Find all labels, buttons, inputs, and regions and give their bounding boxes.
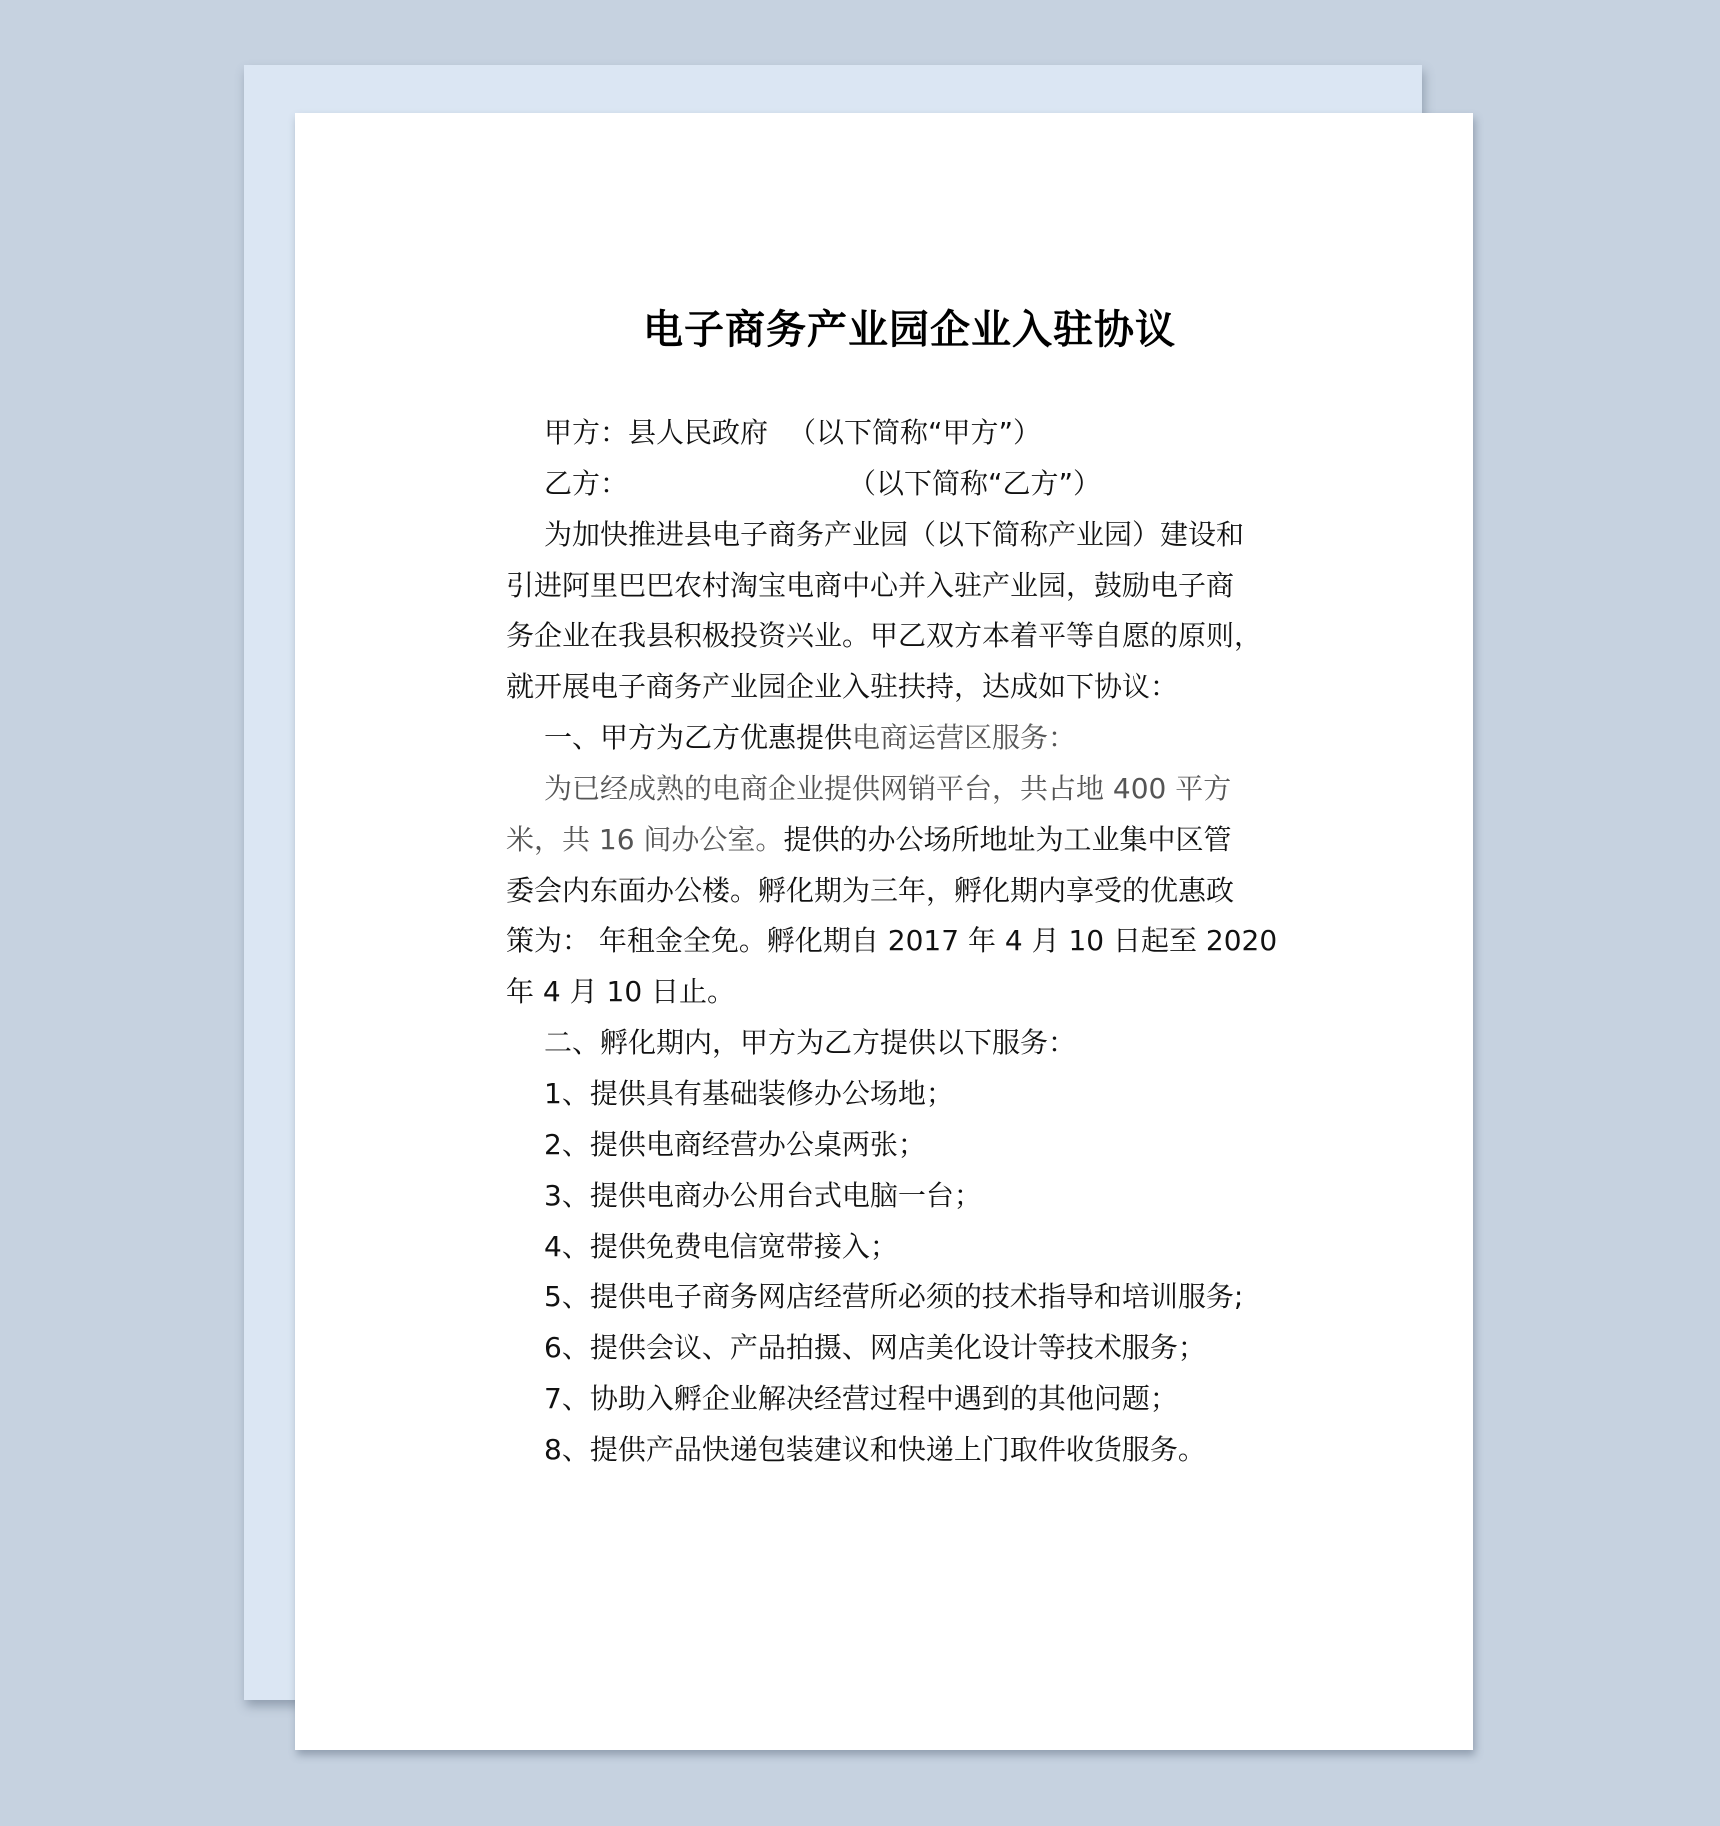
service-item: 3、提供电商办公用台式电脑一台；	[506, 1171, 1260, 1222]
party-b-alias: （以下简称“乙方”）	[848, 467, 1101, 500]
section1-line-gray: 米，共 16 间办公室。	[506, 823, 783, 856]
section1-line: 米，共 16 间办公室。提供的办公场所地址为工业集中区管	[506, 815, 1260, 866]
party-a-name: 县人民政府	[628, 416, 768, 449]
intro-line: 就开展电子商务产业园企业入驻扶持，达成如下协议：	[506, 662, 1260, 713]
intro-line: 为加快推进县电子商务产业园（以下简称产业园）建设和	[506, 510, 1260, 561]
service-item: 4、提供免费电信宽带接入；	[506, 1222, 1260, 1273]
section1-line: 年 4 月 10 日止。	[506, 967, 1260, 1018]
section1-line-rest: 提供的办公场所地址为工业集中区管	[783, 823, 1231, 856]
party-a-alias: （以下简称“甲方”）	[788, 416, 1041, 449]
section1-heading-prefix: 一、甲方为乙方优惠提供	[544, 721, 852, 754]
service-item: 5、提供电子商务网店经营所必须的技术指导和培训服务;	[506, 1272, 1260, 1323]
section2-heading: 二、孵化期内，甲方为乙方提供以下服务：	[506, 1018, 1260, 1069]
party-a-line: 甲方：县人民政府（以下简称“甲方”）	[506, 408, 1260, 459]
section1-line: 策为： 年租金全免。孵化期自 2017 年 4 月 10 日起至 2020	[506, 916, 1260, 967]
service-item: 8、提供产品快递包装建议和快递上门取件收货服务。	[506, 1425, 1260, 1476]
service-item: 2、提供电商经营办公桌两张；	[506, 1120, 1260, 1171]
service-item: 1、提供具有基础装修办公场地；	[506, 1069, 1260, 1120]
intro-line: 务企业在我县积极投资兴业。甲乙双方本着平等自愿的原则，	[506, 611, 1260, 662]
intro-line: 引进阿里巴巴农村淘宝电商中心并入驻产业园，鼓励电子商	[506, 561, 1260, 612]
document-body: 甲方：县人民政府（以下简称“甲方”） 乙方：（以下简称“乙方”） 为加快推进县电…	[506, 408, 1260, 1476]
service-item: 6、提供会议、产品拍摄、网店美化设计等技术服务；	[506, 1323, 1260, 1374]
party-b-label: 乙方：	[544, 467, 628, 500]
service-item: 7、协助入孵企业解决经营过程中遇到的其他问题；	[506, 1374, 1260, 1425]
section1-heading: 一、甲方为乙方优惠提供电商运营区服务：	[506, 713, 1260, 764]
party-a-label: 甲方：	[544, 416, 628, 449]
section1-line: 委会内东面办公楼。孵化期为三年，孵化期内享受的优惠政	[506, 866, 1260, 917]
section1-line: 为已经成熟的电商企业提供网销平台，共占地 400 平方	[506, 764, 1260, 815]
party-b-line: 乙方：（以下简称“乙方”）	[506, 459, 1260, 510]
document-title: 电子商务产业园企业入驻协议	[643, 306, 1163, 354]
section1-heading-service: 电商运营区服务：	[852, 721, 1076, 754]
